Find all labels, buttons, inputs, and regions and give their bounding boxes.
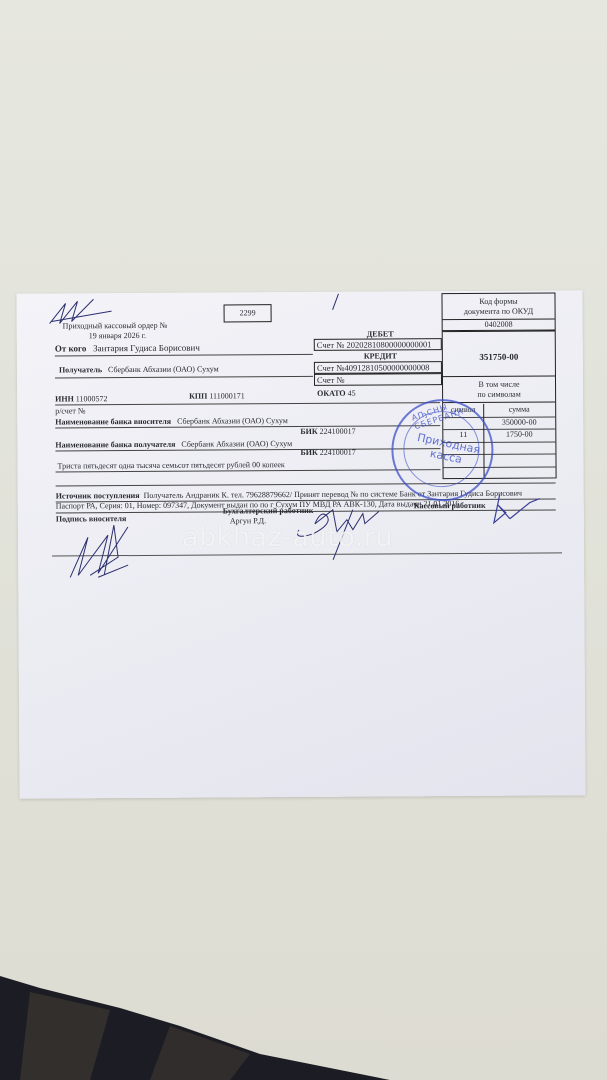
- kpp-value: 111000171: [209, 391, 244, 400]
- watermark: abkhaz-auto.ru: [182, 522, 393, 553]
- debit-heading: ДЕБЕТ: [367, 329, 394, 338]
- inn-row: ИНН 11000572: [55, 394, 107, 403]
- credit-heading: КРЕДИТ: [364, 351, 397, 360]
- payer-signature: [68, 517, 168, 582]
- recipient-bank-row: Наименование банка получателя Сбербанк А…: [55, 439, 292, 449]
- recipient-label: Получатель: [59, 365, 102, 374]
- kpp-label: КПП: [189, 392, 207, 401]
- okud-box: Код формы документа по ОКУД 0402008: [441, 292, 555, 331]
- dark-object-bottom-left: [0, 970, 607, 1080]
- inn-label: ИНН: [55, 394, 74, 403]
- recipient-value: Сбербанк Абхазии (ОАО) Сухум: [108, 364, 219, 374]
- recipient-bik-value: 224100017: [320, 448, 356, 457]
- okud-label-1: Код формы: [442, 296, 554, 306]
- account-no-label: р/счет №: [55, 406, 85, 415]
- kpp-row: КПП 111000171: [189, 391, 245, 400]
- from-row: От кого Зантария Гудиса Борисович: [55, 343, 200, 354]
- order-number: 2299: [224, 304, 272, 322]
- from-label: От кого: [55, 343, 87, 353]
- symbols-column-header: сумма: [483, 404, 555, 413]
- debit-account: Счет № 20202810800000000001: [314, 338, 442, 351]
- okud-label-2: документа по ОКУД: [443, 306, 555, 316]
- recipient-bank-value: Сбербанк Абхазии (ОАО) Сухум: [181, 439, 292, 449]
- payer-bik-row: БИК 224100017: [300, 427, 355, 436]
- symbols-table: символсумма350000-00111750-00: [443, 331, 555, 332]
- tick-mark: [326, 292, 346, 312]
- cashier-label: Кассовый работник: [414, 501, 486, 510]
- document-date: 19 января 2026 г.: [89, 331, 146, 340]
- recipient-bank-label: Наименование банка получателя: [55, 440, 175, 450]
- amount-in-words: Триста пятьдесят одна тысяча семьсот пят…: [57, 460, 284, 470]
- symbols-heading-1: В том числе: [443, 379, 555, 389]
- inn-value: 11000572: [76, 394, 108, 403]
- payer-bank-row: Наименование банка вносителя Сбербанк Аб…: [55, 416, 288, 426]
- credit-account-2: Счет №: [314, 373, 442, 386]
- okato-row: ОКАТО 45: [317, 389, 356, 398]
- amount-cell: 1750-00: [483, 429, 555, 438]
- total-amount: 351750-00: [443, 351, 555, 362]
- okud-code: 0402008: [443, 319, 555, 329]
- okato-label: ОКАТО: [317, 389, 346, 398]
- recipient-bik-row: БИК 224100017: [300, 448, 355, 457]
- top-signature-scribble: [41, 293, 121, 329]
- cashier-signature: [480, 488, 550, 528]
- recipient-bik-label: БИК: [300, 448, 317, 457]
- bank-stamp: АҦСНЫ СБЕРБАНК Приходная касса: [391, 399, 494, 502]
- payer-bank-label: Наименование банка вносителя: [55, 417, 171, 427]
- payer-bik-value: 224100017: [320, 427, 356, 436]
- payer-bik-label: БИК: [300, 427, 317, 436]
- recipient-row: Получатель Сбербанк Абхазии (ОАО) Сухум: [59, 364, 219, 374]
- payer-bank-value: Сбербанк Абхазии (ОАО) Сухум: [177, 416, 288, 426]
- okato-value: 45: [348, 389, 356, 398]
- amount-cell: 350000-00: [483, 417, 555, 426]
- credit-account: Счет №40912810500000000008: [314, 361, 442, 374]
- from-value: Зантария Гудиса Борисович: [93, 343, 200, 354]
- source-label: Источник поступления: [56, 491, 140, 501]
- order-number-value: 2299: [240, 308, 256, 317]
